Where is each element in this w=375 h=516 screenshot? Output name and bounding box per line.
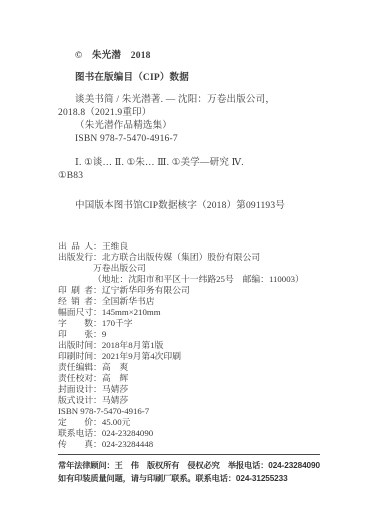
info-value: 2021年9月第4次印刷 bbox=[102, 351, 181, 361]
info-value: 王维良 bbox=[102, 241, 128, 251]
copyright-page: © 朱光潜 2018 图书在版编目（CIP）数据 谈美书简 / 朱光潜著. — … bbox=[0, 0, 375, 516]
copyright-notice: © 朱光潜 2018 bbox=[58, 50, 320, 63]
legal-counsel-line: 常年法律顾问：王 伟 版权所有 侵权必究 举报电话：024-23284090 bbox=[58, 459, 320, 472]
info-label: 责任校对 bbox=[58, 373, 93, 384]
info-row-cover-design: 封面设计：马婧莎 bbox=[58, 384, 320, 395]
info-row-publisher-cont: 万卷出版公司 bbox=[58, 263, 320, 274]
info-label: 出版发行 bbox=[58, 252, 93, 263]
info-label: 幅面尺寸 bbox=[58, 307, 93, 318]
info-label: 版式设计 bbox=[58, 395, 93, 406]
publication-info-list: 出品人：王维良 出版发行：北方联合出版传媒（集团）股份有限公司 万卷出版公司 （… bbox=[58, 241, 320, 450]
cip-section: © 朱光潜 2018 图书在版编目（CIP）数据 谈美书简 / 朱光潜著. — … bbox=[58, 50, 320, 213]
isbn-top: ISBN 978-7-5470-4916-7 bbox=[58, 133, 320, 146]
cip-record-number: 中国版本图书馆CIP数据核字（2018）第091193号 bbox=[58, 200, 320, 213]
classification-line1: Ⅰ. ①谈… Ⅱ. ①朱… Ⅲ. ①美学—研究 Ⅳ. bbox=[58, 157, 320, 170]
info-value: 170千字 bbox=[102, 318, 133, 328]
info-row-print-date: 印刷时间：2021年9月第4次印刷 bbox=[58, 351, 320, 362]
info-label: 字数 bbox=[58, 318, 93, 329]
info-row-fax: 传真：024-23284448 bbox=[58, 439, 320, 450]
info-label: 联系电话 bbox=[58, 428, 93, 439]
info-row-isbn: ISBN 978-7-5470-4916-7 bbox=[58, 406, 320, 417]
info-label: 传真 bbox=[58, 439, 93, 450]
info-label: 出品人 bbox=[58, 241, 93, 252]
footer-divider bbox=[58, 454, 320, 455]
info-label: 印张 bbox=[58, 329, 93, 340]
info-row-sheets: 印张：9 bbox=[58, 329, 320, 340]
info-label: 定价 bbox=[58, 417, 93, 428]
info-value: 北方联合出版传媒（集团）股份有限公司 bbox=[102, 252, 260, 262]
info-value: 145mm×210mm bbox=[102, 307, 161, 317]
info-value: 2018年8月第1版 bbox=[102, 340, 164, 350]
info-value: 全国新华书店 bbox=[102, 296, 155, 306]
info-label: 经销者 bbox=[58, 296, 93, 307]
info-value: 万卷出版公司 bbox=[93, 263, 146, 273]
info-row-proofreader: 责任校对：高 辉 bbox=[58, 373, 320, 384]
info-label: 印刷者 bbox=[58, 285, 93, 296]
info-label: 责任编辑 bbox=[58, 362, 93, 373]
cip-header: 图书在版编目（CIP）数据 bbox=[58, 72, 320, 85]
info-row-phone: 联系电话：024-23284090 bbox=[58, 428, 320, 439]
info-row-distributor: 经销者：全国新华书店 bbox=[58, 296, 320, 307]
info-value: 高 辉 bbox=[102, 373, 128, 383]
info-value: 024-23284448 bbox=[102, 439, 153, 449]
info-row-price: 定价：45.00元 bbox=[58, 417, 320, 428]
info-row-publisher-person: 出品人：王维良 bbox=[58, 241, 320, 252]
print-quality-line: 如有印装质量问题，请与印刷厂联系。联系电话：024-31255233 bbox=[58, 472, 320, 485]
info-value: 高 爽 bbox=[102, 362, 128, 372]
cip-entry-line2: 2018.8（2021.9重印） bbox=[58, 107, 320, 120]
info-row-editor: 责任编辑：高 爽 bbox=[58, 362, 320, 373]
info-row-dimensions: 幅面尺寸：145mm×210mm bbox=[58, 307, 320, 318]
cip-entry-line1: 谈美书简 / 朱光潜著. — 沈阳：万卷出版公司， bbox=[58, 94, 320, 107]
info-value: 9 bbox=[102, 329, 106, 339]
info-label: 印刷时间 bbox=[58, 351, 93, 362]
info-value: ISBN 978-7-5470-4916-7 bbox=[58, 406, 149, 416]
info-row-word-count: 字数：170千字 bbox=[58, 318, 320, 329]
footer-section: 常年法律顾问：王 伟 版权所有 侵权必究 举报电话：024-23284090 如… bbox=[58, 459, 320, 485]
series-note: （朱光潜作品精选集） bbox=[58, 120, 320, 133]
info-row-publisher: 出版发行：北方联合出版传媒（集团）股份有限公司 bbox=[58, 252, 320, 263]
info-value: 024-23284090 bbox=[102, 428, 153, 438]
classification-line2: ①B83 bbox=[58, 170, 320, 183]
info-row-pub-date: 出版时间：2018年8月第1版 bbox=[58, 340, 320, 351]
info-row-address: （地址：沈阳市和平区十一纬路25号 邮编：110003） bbox=[58, 274, 320, 285]
info-value: （地址：沈阳市和平区十一纬路25号 邮编：110003） bbox=[93, 274, 304, 284]
info-value: 马婧莎 bbox=[102, 395, 128, 405]
info-value: 辽宁新华印务有限公司 bbox=[102, 285, 190, 295]
info-row-printer: 印刷者：辽宁新华印务有限公司 bbox=[58, 285, 320, 296]
info-label: 封面设计 bbox=[58, 384, 93, 395]
info-row-layout-design: 版式设计：马婧莎 bbox=[58, 395, 320, 406]
info-value: 马婧莎 bbox=[102, 384, 128, 394]
info-label: 出版时间 bbox=[58, 340, 93, 351]
info-value: 45.00元 bbox=[102, 417, 131, 427]
